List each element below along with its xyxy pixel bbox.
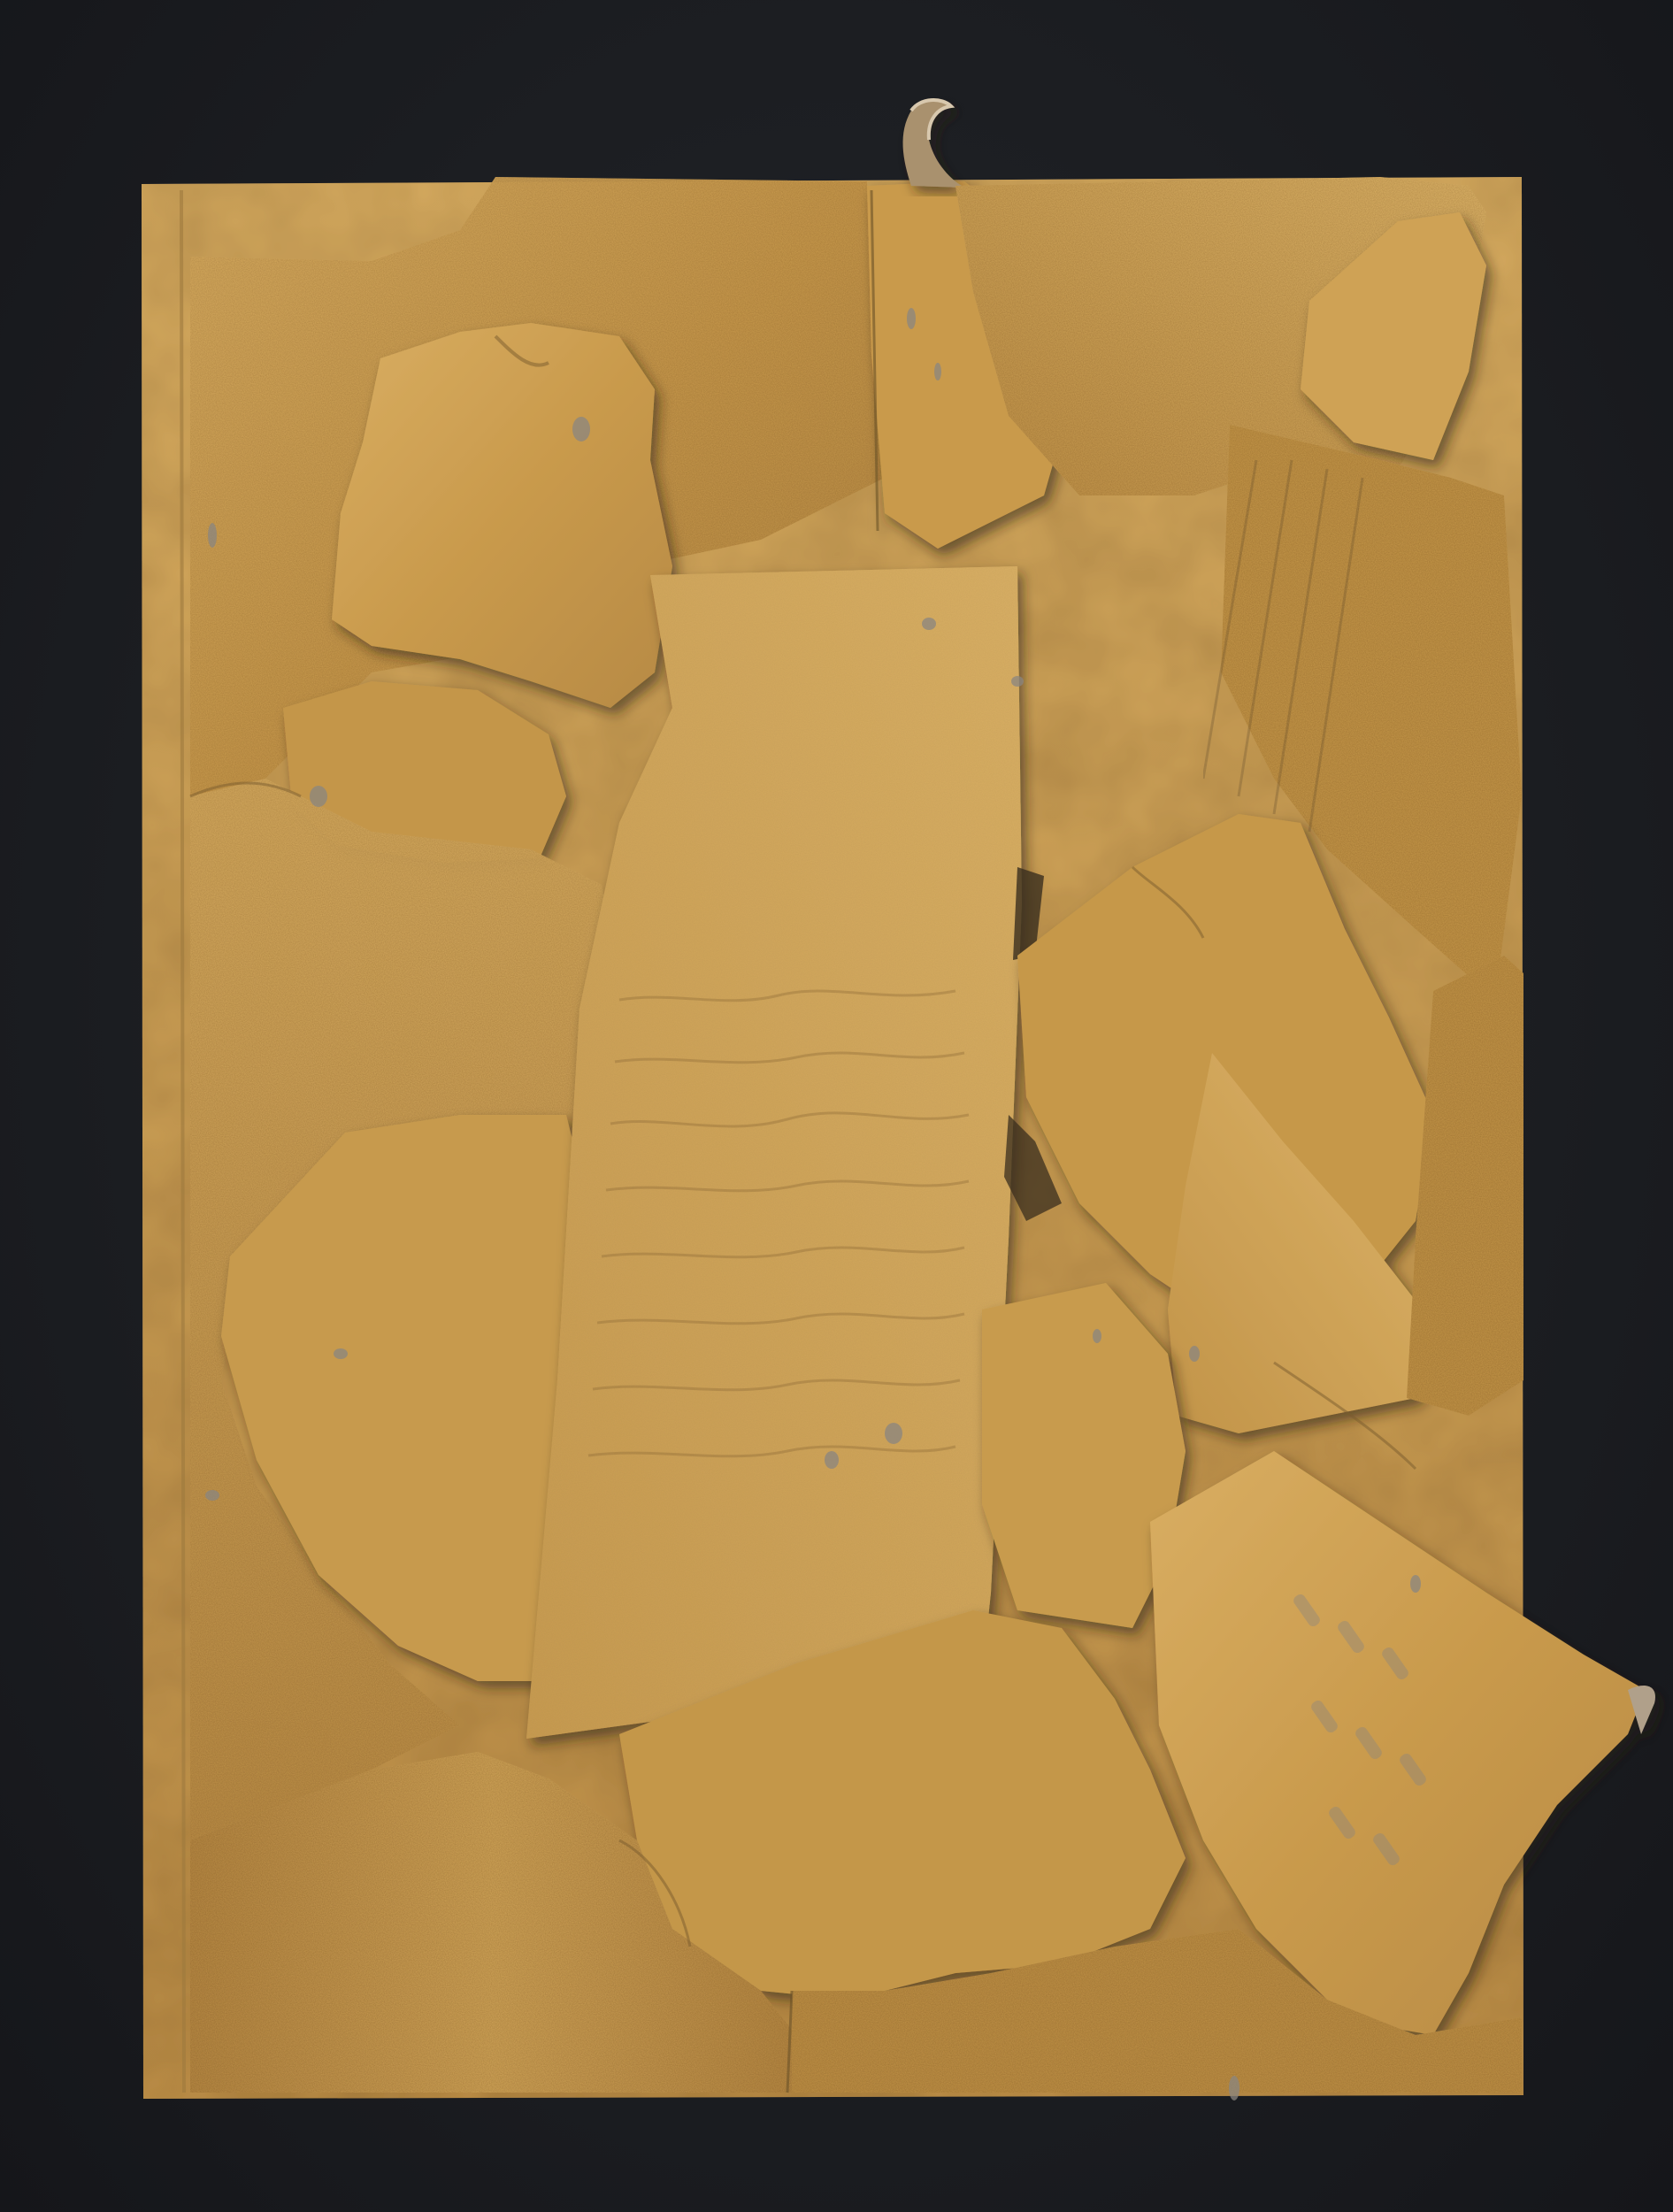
gold-collage-artwork [0,0,1673,2212]
photo-scene: Gold-painted torn paper collage relief m… [0,0,1673,2212]
curled-paper-tab [903,100,964,188]
